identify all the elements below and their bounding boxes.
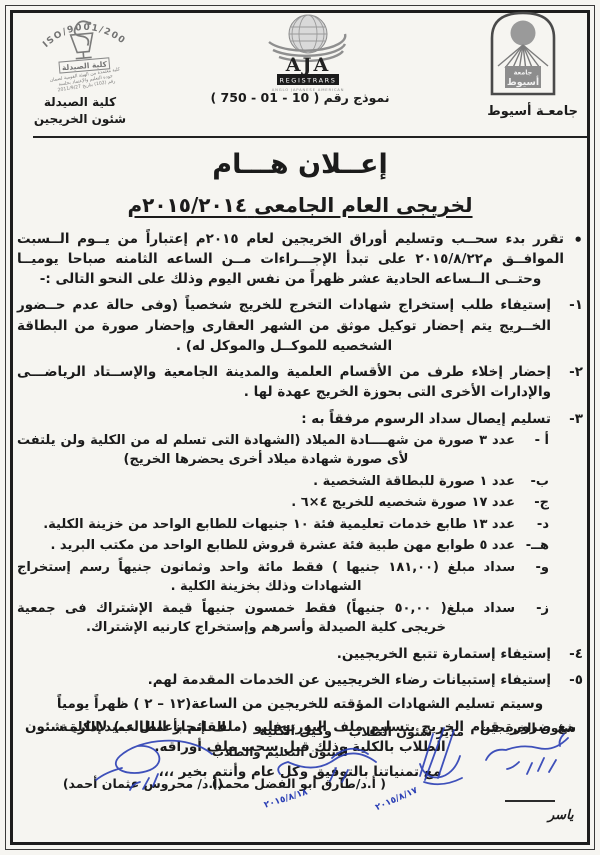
form-number-line: نموذج رقم ( 750 - 01 - 10 )	[140, 90, 460, 105]
sub-list-item: ب- عدد ١ صورة للبطاقة الشخصية .	[17, 472, 583, 492]
subitem-text: عدد ١ صورة للبطاقة الشخصية .	[17, 472, 515, 492]
subtitle-academic-year: م٢٠١٥/٢٠١٤	[127, 193, 247, 217]
subitem-text: عدد ١٣ طابع خدمات تعليمية فئة ١٠ جنيهات …	[17, 515, 515, 535]
subitem-letter: ز-	[521, 599, 549, 638]
announcement-body: إعــلان هـــام لخريجى العام الجامعى م٢٠١…	[17, 141, 583, 782]
sub-list-item: د- عدد ١٣ طابع خدمات تعليمية فئة ١٠ جنيه…	[17, 515, 583, 535]
aja-wordmark: AJA	[285, 54, 330, 76]
item-number: ٣-	[557, 409, 583, 429]
faculty-name: كلية الصيدلة	[30, 94, 130, 111]
item-text: إستيفاء طلب إستخراج شهادات التخرج للخريج…	[17, 295, 551, 356]
typist-divider	[505, 800, 555, 802]
sub-list-item: ز- سداد مبلغ( ٥٠,٠٠ جنيهاً) فقط خمسون جن…	[17, 599, 583, 638]
intro-paragraph: • تقرر بدء سحــب وتسليم أوراق الخريجين ل…	[17, 229, 583, 290]
subitem-text: عدد ٣ صورة من شهــــادة الميلاد (الشهادة…	[17, 431, 515, 470]
iso-accreditation-stamp: ISO/9001/2008 كلية الصيدلة كلية معتمدة م…	[25, 3, 142, 96]
item-text: إستيفاء إستمارة تتبع الخريجيين.	[17, 644, 551, 664]
stamp-arc-text: ISO/9001/2008	[25, 3, 129, 55]
subitem-text: عدد ٥ طوابع مهن طبية فئة عشرة قروش للطاب…	[17, 536, 515, 556]
signature-acting-dean	[96, 741, 212, 790]
signature-graduates-affairs	[486, 734, 568, 774]
list-item: ٢- إحضار إخلاء طرف من الأقسام العلمية وا…	[17, 362, 583, 403]
item-number: ١-	[557, 295, 583, 356]
typist-initials: ياسر	[548, 808, 574, 823]
sub-list-item: هــ- عدد ٥ طوابع مهن طبية فئة عشرة قروش …	[17, 536, 583, 556]
subitem-letter: و-	[521, 558, 549, 597]
faculty-block: كلية الصيدلة شئون الخريجين	[30, 94, 130, 128]
subtitle-text: لخريجى العام الجامعى	[254, 193, 472, 217]
aja-registrars-bar: REGISTRARS	[279, 77, 336, 85]
header-divider	[33, 136, 587, 138]
subitem-text: سداد مبلغ (١٨١,٠٠ جنيها ) فقط مائة واحد …	[17, 558, 515, 597]
list-item: ١- إستيفاء طلب إستخراج شهادات التخرج للخ…	[17, 295, 583, 356]
handwritten-signatures: ٢٠١٥/٨/١٧ ٢٠١٥/٨/١٨	[16, 718, 584, 846]
form-number-value: ( 750 - 01 - 10 )	[210, 90, 319, 105]
department-name: شئون الخريجين	[30, 111, 130, 128]
sub-list-item: و- سداد مبلغ (١٨١,٠٠ جنيها ) فقط مائة وا…	[17, 558, 583, 597]
subitem-letter: ب-	[521, 472, 549, 492]
subitem-letter: أ -	[521, 431, 549, 470]
sun-icon	[511, 21, 536, 46]
signature-vice-dean	[278, 749, 376, 782]
university-name: جامعـة أسيوط	[487, 104, 578, 119]
list-item: ٤- إستيفاء إستمارة تتبع الخريجيين.	[17, 644, 583, 664]
start-date: ٢٠١٥/٨/٢٢م	[415, 251, 492, 267]
assiut-university-logo: جامعة أسيوط	[486, 8, 560, 98]
subitem-text: سداد مبلغ( ٥٠,٠٠ جنيهاً) فقط خمسون جنيها…	[17, 599, 515, 638]
subitem-letter: هــ-	[521, 536, 549, 556]
item-number: ٢-	[557, 362, 583, 403]
announcement-subtitle: لخريجى العام الجامعى م٢٠١٥/٢٠١٤	[127, 190, 472, 220]
item-text: تسليم إيصال سداد الرسوم مرفقاً به :	[17, 409, 551, 429]
item-text: إحضار إخلاء طرف من الأقسام العلمية والمد…	[17, 362, 551, 403]
intro-text: تقرر بدء سحــب وتسليم أوراق الخريجين لعا…	[17, 229, 564, 290]
subitem-letter: ج-	[521, 493, 549, 513]
univ-logo-text-big: أسيوط	[507, 75, 539, 88]
sub-list-item: ج- عدد ١٧ صورة شخصيه للخريج ٤×٦ .	[17, 493, 583, 513]
announcement-title: إعــلان هـــام	[17, 145, 583, 186]
item-text: إستيفاء إستبيانات رضاء الخريجيين عن الخد…	[17, 670, 551, 690]
subitem-letter: د-	[521, 515, 549, 535]
form-number-label: نموذج رقم	[324, 90, 390, 105]
subitem-text: عدد ١٧ صورة شخصيه للخريج ٤×٦ .	[17, 493, 515, 513]
sub-list-item: أ - عدد ٣ صورة من شهــــادة الميلاد (الش…	[17, 431, 583, 470]
list-item: ٣- تسليم إيصال سداد الرسوم مرفقاً به :	[17, 409, 583, 429]
item-number: ٤-	[557, 644, 583, 664]
signatures-section: شئون الخريجين مدير شئون الطلاب وكيل الكل…	[16, 718, 584, 846]
bullet-icon: •	[571, 229, 583, 290]
signature-date-vice-dean: ٢٠١٥/٨/١٨	[263, 787, 309, 811]
signature-student-affairs-director	[420, 728, 462, 784]
delivery-hours-note: وسيتم تسليم الشهادات المؤقته للخريجين من…	[17, 694, 583, 714]
univ-logo-text-small: جامعة	[514, 69, 533, 77]
list-item: ٥- إستيفاء إستبيانات رضاء الخريجيين عن ا…	[17, 670, 583, 690]
item-number: ٥-	[557, 670, 583, 690]
signature-date-director: ٢٠١٥/٨/١٧	[374, 785, 420, 813]
aja-registrars-logo: AJA REGISTRARS ANGLO JAPANESE AMERICAN	[263, 8, 353, 94]
document-page: ISO/9001/2008 كلية الصيدلة كلية معتمدة م…	[0, 0, 600, 855]
svg-text:ISO/9001/2008: ISO/9001/2008	[25, 3, 129, 55]
